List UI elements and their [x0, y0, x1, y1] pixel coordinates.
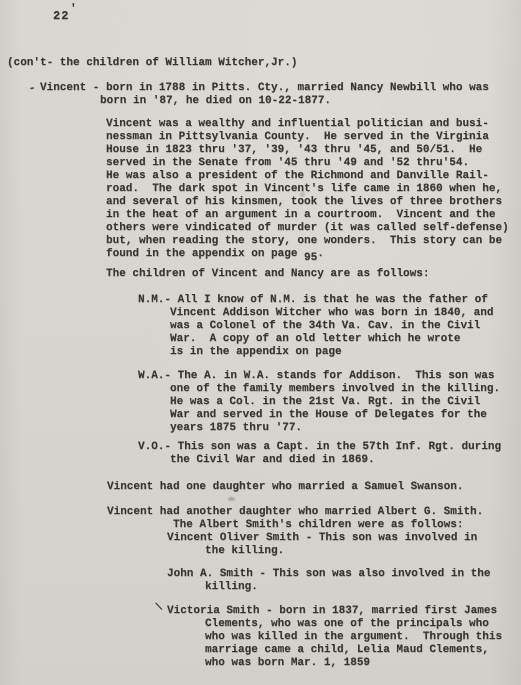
- scanned-document-page: ' 22 (con't- the children of William Wit…: [0, 0, 521, 685]
- text-line: born in '87, he died on 10-22-1877.: [100, 95, 489, 108]
- child-entry-vo: V.O.- This son was a Capt. in the 57th I…: [170, 441, 501, 467]
- text-line: House in 1823 thru '37, '39, '43 thru '4…: [106, 144, 509, 157]
- text-line: He was also a president of the Richmond …: [106, 170, 509, 183]
- child-entry-wa: W.A.- The A. in W.A. stands for Addison.…: [170, 370, 500, 435]
- albert-children-header: The Albert Smith's children were as foll…: [173, 519, 463, 532]
- text-line: who was killed in the argument. Through …: [205, 631, 502, 644]
- text-line: served in the Senate from '45 thru '49 a…: [106, 157, 509, 170]
- vincent-entry: Vincent - born in 1788 in Pitts. Cty., m…: [100, 82, 489, 108]
- text-line: is in the appendix on page: [170, 346, 493, 359]
- text-line: others were vindicated of murder (it was…: [106, 222, 509, 235]
- page-number: 22: [53, 10, 69, 23]
- smith-child-oliver: Vincent Oliver Smith - This son was invo…: [205, 532, 477, 558]
- smith-child-john: John A. Smith - This son was also involv…: [205, 568, 490, 594]
- smudge-mark: [466, 133, 472, 136]
- text-line: nessman in Pittsylvania County. He serve…: [106, 131, 509, 144]
- text-line: one of the family members involved in th…: [170, 383, 500, 396]
- text-line: marriage came a child, Lelia Maud Clemen…: [205, 644, 502, 657]
- text-line: Vincent Oliver Smith - This son was invo…: [167, 532, 477, 545]
- text-segment: .: [317, 248, 324, 260]
- text-line: V.O.- This son was a Capt. in the 57th I…: [138, 441, 501, 454]
- daughter-note-swanson: Vincent had one daughter who married a S…: [107, 481, 463, 494]
- dropped-page-ref: 95: [304, 252, 317, 264]
- pen-tick-mark: -: [28, 82, 38, 96]
- text-line: Victoria Smith - born in 1837, married f…: [167, 605, 502, 618]
- text-line: W.A.- The A. in W.A. stands for Addison.…: [138, 370, 500, 383]
- text-line: Clements, who was one of the principals …: [205, 618, 502, 631]
- smudge-mark: [228, 497, 235, 501]
- text-line: John A. Smith - This son was also involv…: [167, 568, 490, 581]
- continuation-header: (con't- the children of William Witcher,…: [7, 57, 297, 70]
- text-line: but, when reading the story, one wonders…: [106, 235, 509, 248]
- text-line: and several of his kinsmen, took the liv…: [106, 196, 509, 209]
- text-line: N.M.- All I know of N.M. is that he was …: [138, 294, 493, 307]
- text-line: in the heat of an argument in a courtroo…: [106, 209, 509, 222]
- text-line-appendix-ref: found in the appendix on page 95.: [106, 248, 509, 261]
- biography-paragraph: Vincent was a wealthy and influential po…: [106, 118, 509, 261]
- text-line: who was born Mar. 1, 1859: [205, 657, 502, 670]
- text-line: road. The dark spot in Vincent's life ca…: [106, 183, 509, 196]
- text-line: years 1875 thru '77.: [170, 422, 500, 435]
- text-line: He was a Col. in the 21st Va. Rgt. in th…: [170, 396, 500, 409]
- text-line: the killing.: [205, 545, 477, 558]
- text-line: War. A copy of an old letter which he wr…: [170, 333, 493, 346]
- text-segment: found in the appendix on page: [106, 248, 304, 260]
- daughter-note-smith: Vincent had another daughter who married…: [107, 506, 483, 519]
- child-entry-nm: N.M.- All I know of N.M. is that he was …: [170, 294, 493, 359]
- pen-tick-mark: ': [70, 3, 77, 16]
- smith-child-victoria: Victoria Smith - born in 1837, married f…: [205, 605, 502, 670]
- text-line: Vincent - born in 1788 in Pitts. Cty., m…: [40, 82, 489, 95]
- children-intro: The children of Vincent and Nancy are as…: [106, 268, 429, 281]
- smudge-mark: [300, 192, 305, 197]
- text-line: War and served in the House of Delegates…: [170, 409, 500, 422]
- text-line: the Civil War and died in 1869.: [170, 454, 501, 467]
- pen-tick-mark: \: [155, 601, 165, 615]
- text-line: was a Colonel of the 34th Va. Cav. in th…: [170, 320, 493, 333]
- text-line: killing.: [205, 581, 490, 594]
- text-line: Vincent Addison Witcher who was born in …: [170, 307, 493, 320]
- text-line: Vincent was a wealthy and influential po…: [106, 118, 509, 131]
